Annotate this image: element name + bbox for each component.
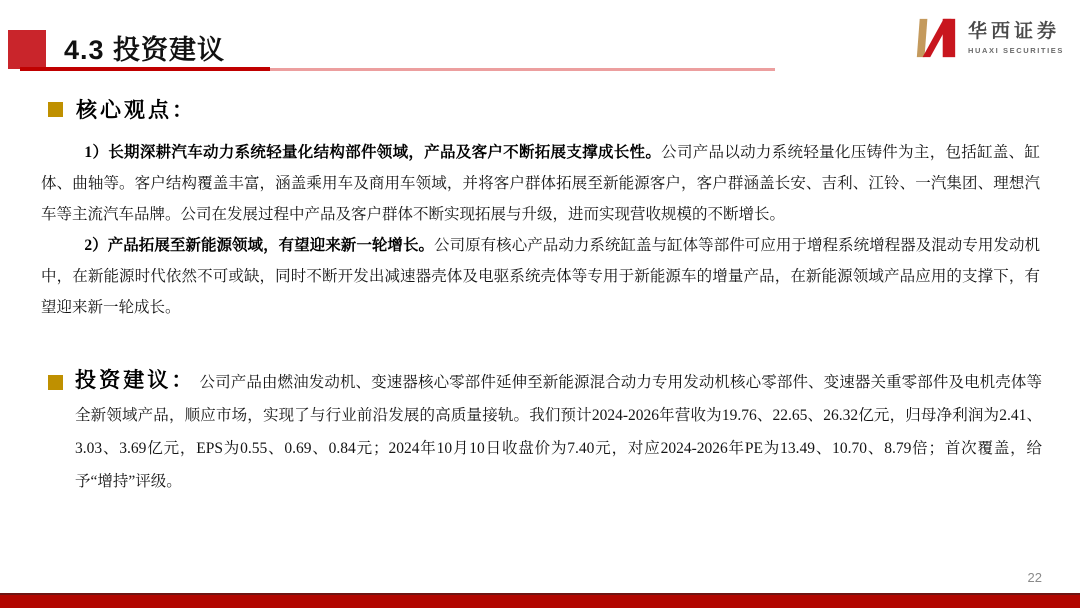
slide: 4.3 投资建议 华西证券 HUAXI SECURITIES 核心观点： 1）长…	[0, 0, 1080, 608]
core-view-paragraph-2: 2）产品拓展至新能源领域，有望迎来新一轮增长。公司原有核心产品动力系统缸盖与缸体…	[41, 230, 1040, 323]
investment-advice-paragraph: 投资建议：公司产品由燃油发动机、变速器核心零部件延伸至新能源混合动力专用发动机核…	[75, 364, 1042, 498]
title-underline-light	[270, 68, 775, 71]
page-number: 22	[1028, 570, 1042, 585]
core-view-paragraph-1: 1）长期深耕汽车动力系统轻量化结构部件领域，产品及客户不断拓展支撑成长性。公司产…	[41, 137, 1040, 230]
square-bullet-icon	[48, 375, 63, 390]
logo-name-cn: 华西证券	[968, 21, 1060, 43]
section-heading-core-views: 核心观点：	[76, 94, 196, 124]
logo-name-en: HUAXI SECURITIES	[968, 46, 1064, 55]
huaxi-h-logo-icon	[913, 15, 959, 61]
section-heading-investment-advice: 投资建议：	[75, 368, 196, 392]
title-accent-square	[8, 30, 46, 69]
investment-advice-body: 公司产品由燃油发动机、变速器核心零部件延伸至新能源混合动力专用发动机核心零部件、…	[75, 374, 1042, 490]
logo-text: 华西证券 HUAXI SECURITIES	[968, 21, 1064, 55]
title-underline-dark	[20, 67, 270, 71]
paragraph-1-lead: 1）长期深耕汽车动力系统轻量化结构部件领域，产品及客户不断拓展支撑成长性。	[84, 144, 661, 161]
footer-bar	[0, 593, 1080, 608]
square-bullet-icon	[48, 102, 63, 117]
paragraph-2-lead: 2）产品拓展至新能源领域，有望迎来新一轮增长。	[84, 237, 434, 254]
page-title: 4.3 投资建议	[64, 28, 225, 67]
company-logo: 华西证券 HUAXI SECURITIES	[913, 15, 1064, 61]
